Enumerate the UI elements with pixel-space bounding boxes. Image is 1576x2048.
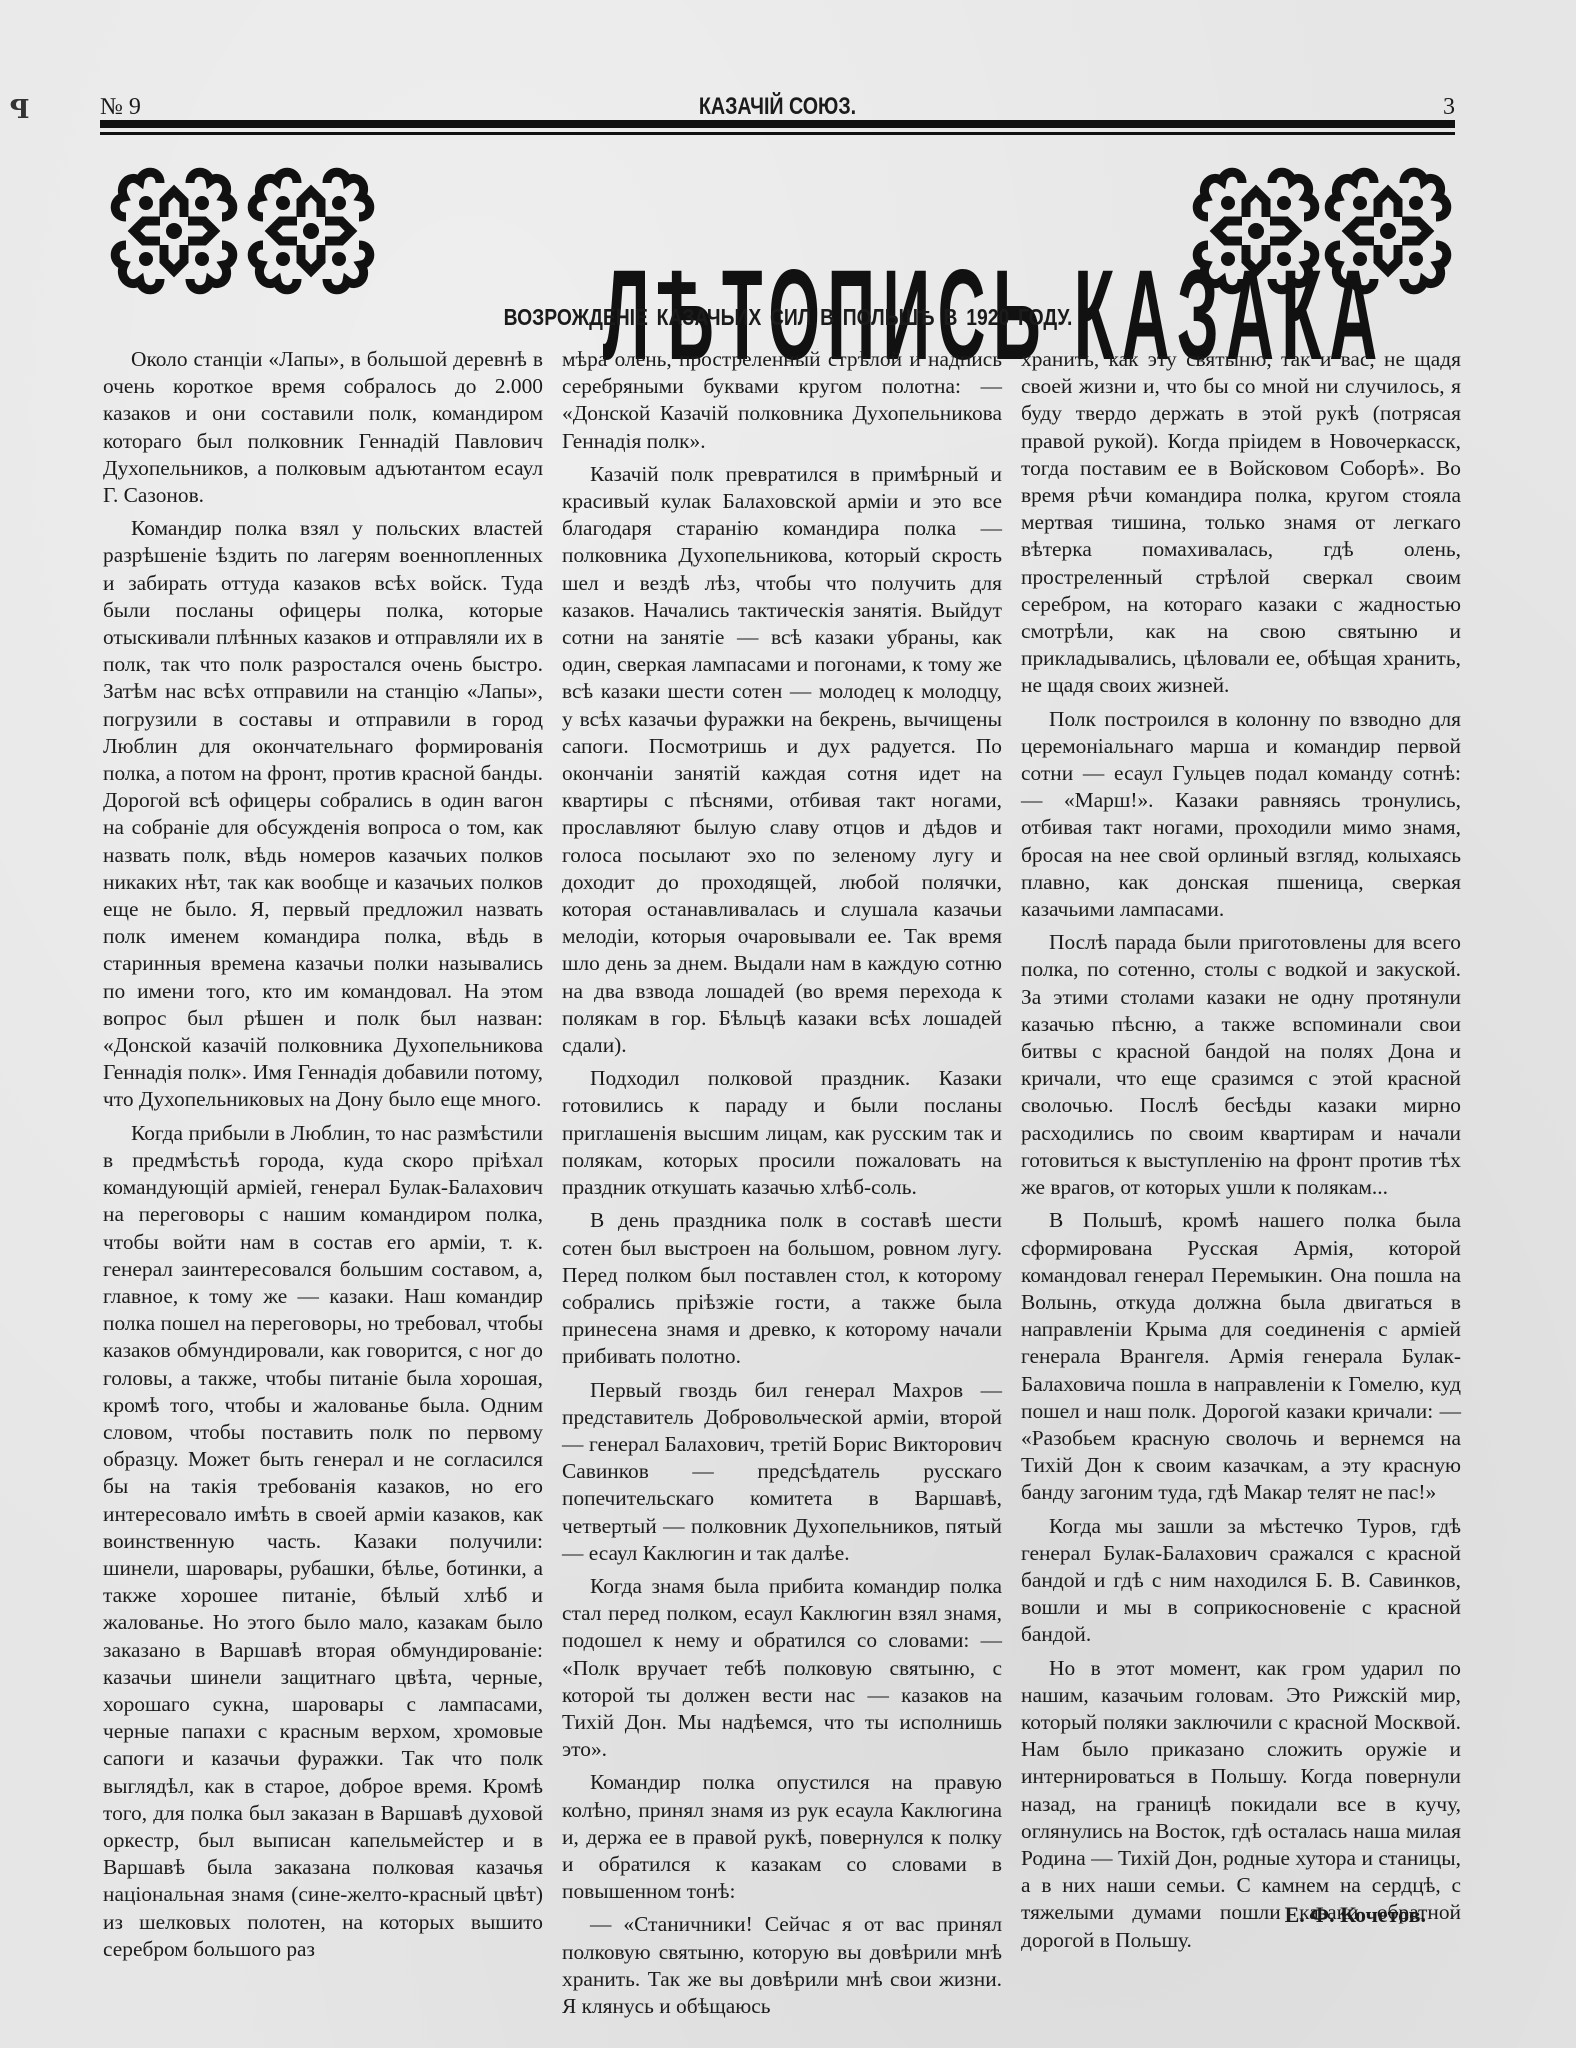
ornament-left-1-icon <box>108 165 240 297</box>
paragraph: Полк построился в колонну по взводно для… <box>1021 706 1461 924</box>
paragraph-continued: хранить, как эту святыню, так и вас, не … <box>1021 346 1461 700</box>
paragraph: Первый гвоздь бил генерал Махров — предс… <box>562 1377 1002 1567</box>
paragraph: Когда знамя была прибита командир полка … <box>562 1573 1002 1763</box>
paragraph: Когда мы зашли за мѣстечко Туров, гдѣ ге… <box>1021 1513 1461 1649</box>
paragraph: Командир полка опустился на правую колѣн… <box>562 1769 1002 1905</box>
column-3: хранить, как эту святыню, так и вас, не … <box>1021 346 1461 1960</box>
paragraph: Около станціи «Лапы», в большой деревнѣ … <box>103 346 543 509</box>
issue-number: № 9 <box>100 92 141 122</box>
column-2: мѣра олень, простреленный стрѣлой и надп… <box>562 346 1002 2026</box>
column-1: Около станціи «Лапы», в большой деревнѣ … <box>103 346 543 1969</box>
header-rule-thick <box>100 120 1455 128</box>
page-number: 3 <box>1443 92 1455 122</box>
author-signature: Е. Ф. Кочетов. <box>1021 1902 1426 1928</box>
paragraph: Послѣ парада были приготовлены для всего… <box>1021 929 1461 1201</box>
ornament-left-2-icon <box>245 165 377 297</box>
margin-binding-mark: ꟼ <box>10 95 26 125</box>
paragraph: Казачій полк превратился в примѣрный и к… <box>562 461 1002 1059</box>
paragraph: Подходил полковой праздник. Казаки готов… <box>562 1065 1002 1201</box>
publication-name: КАЗАЧІЙ СОЮЗ. <box>222 92 1333 122</box>
article-subtitle: ВОЗРОЖДЕНІЕ КАЗАЧЬИХ СИЛ В ПОЛЬШѢ В 1920… <box>378 303 1198 331</box>
paragraph: Командир полка взял у польских властей р… <box>103 515 543 1113</box>
paragraph: — «Станичники! Сейчас я от вас принял по… <box>562 1911 1002 2020</box>
paragraph: В Польшѣ, кромѣ нашего полка была сформи… <box>1021 1207 1461 1506</box>
paragraph: В день праздника полк в составѣ шести со… <box>562 1207 1002 1370</box>
header-rule-thin <box>100 132 1455 135</box>
paragraph: Когда прибыли в Люблин, то нас размѣстил… <box>103 1120 543 1963</box>
paragraph-continued: мѣра олень, простреленный стрѣлой и надп… <box>562 346 1002 455</box>
